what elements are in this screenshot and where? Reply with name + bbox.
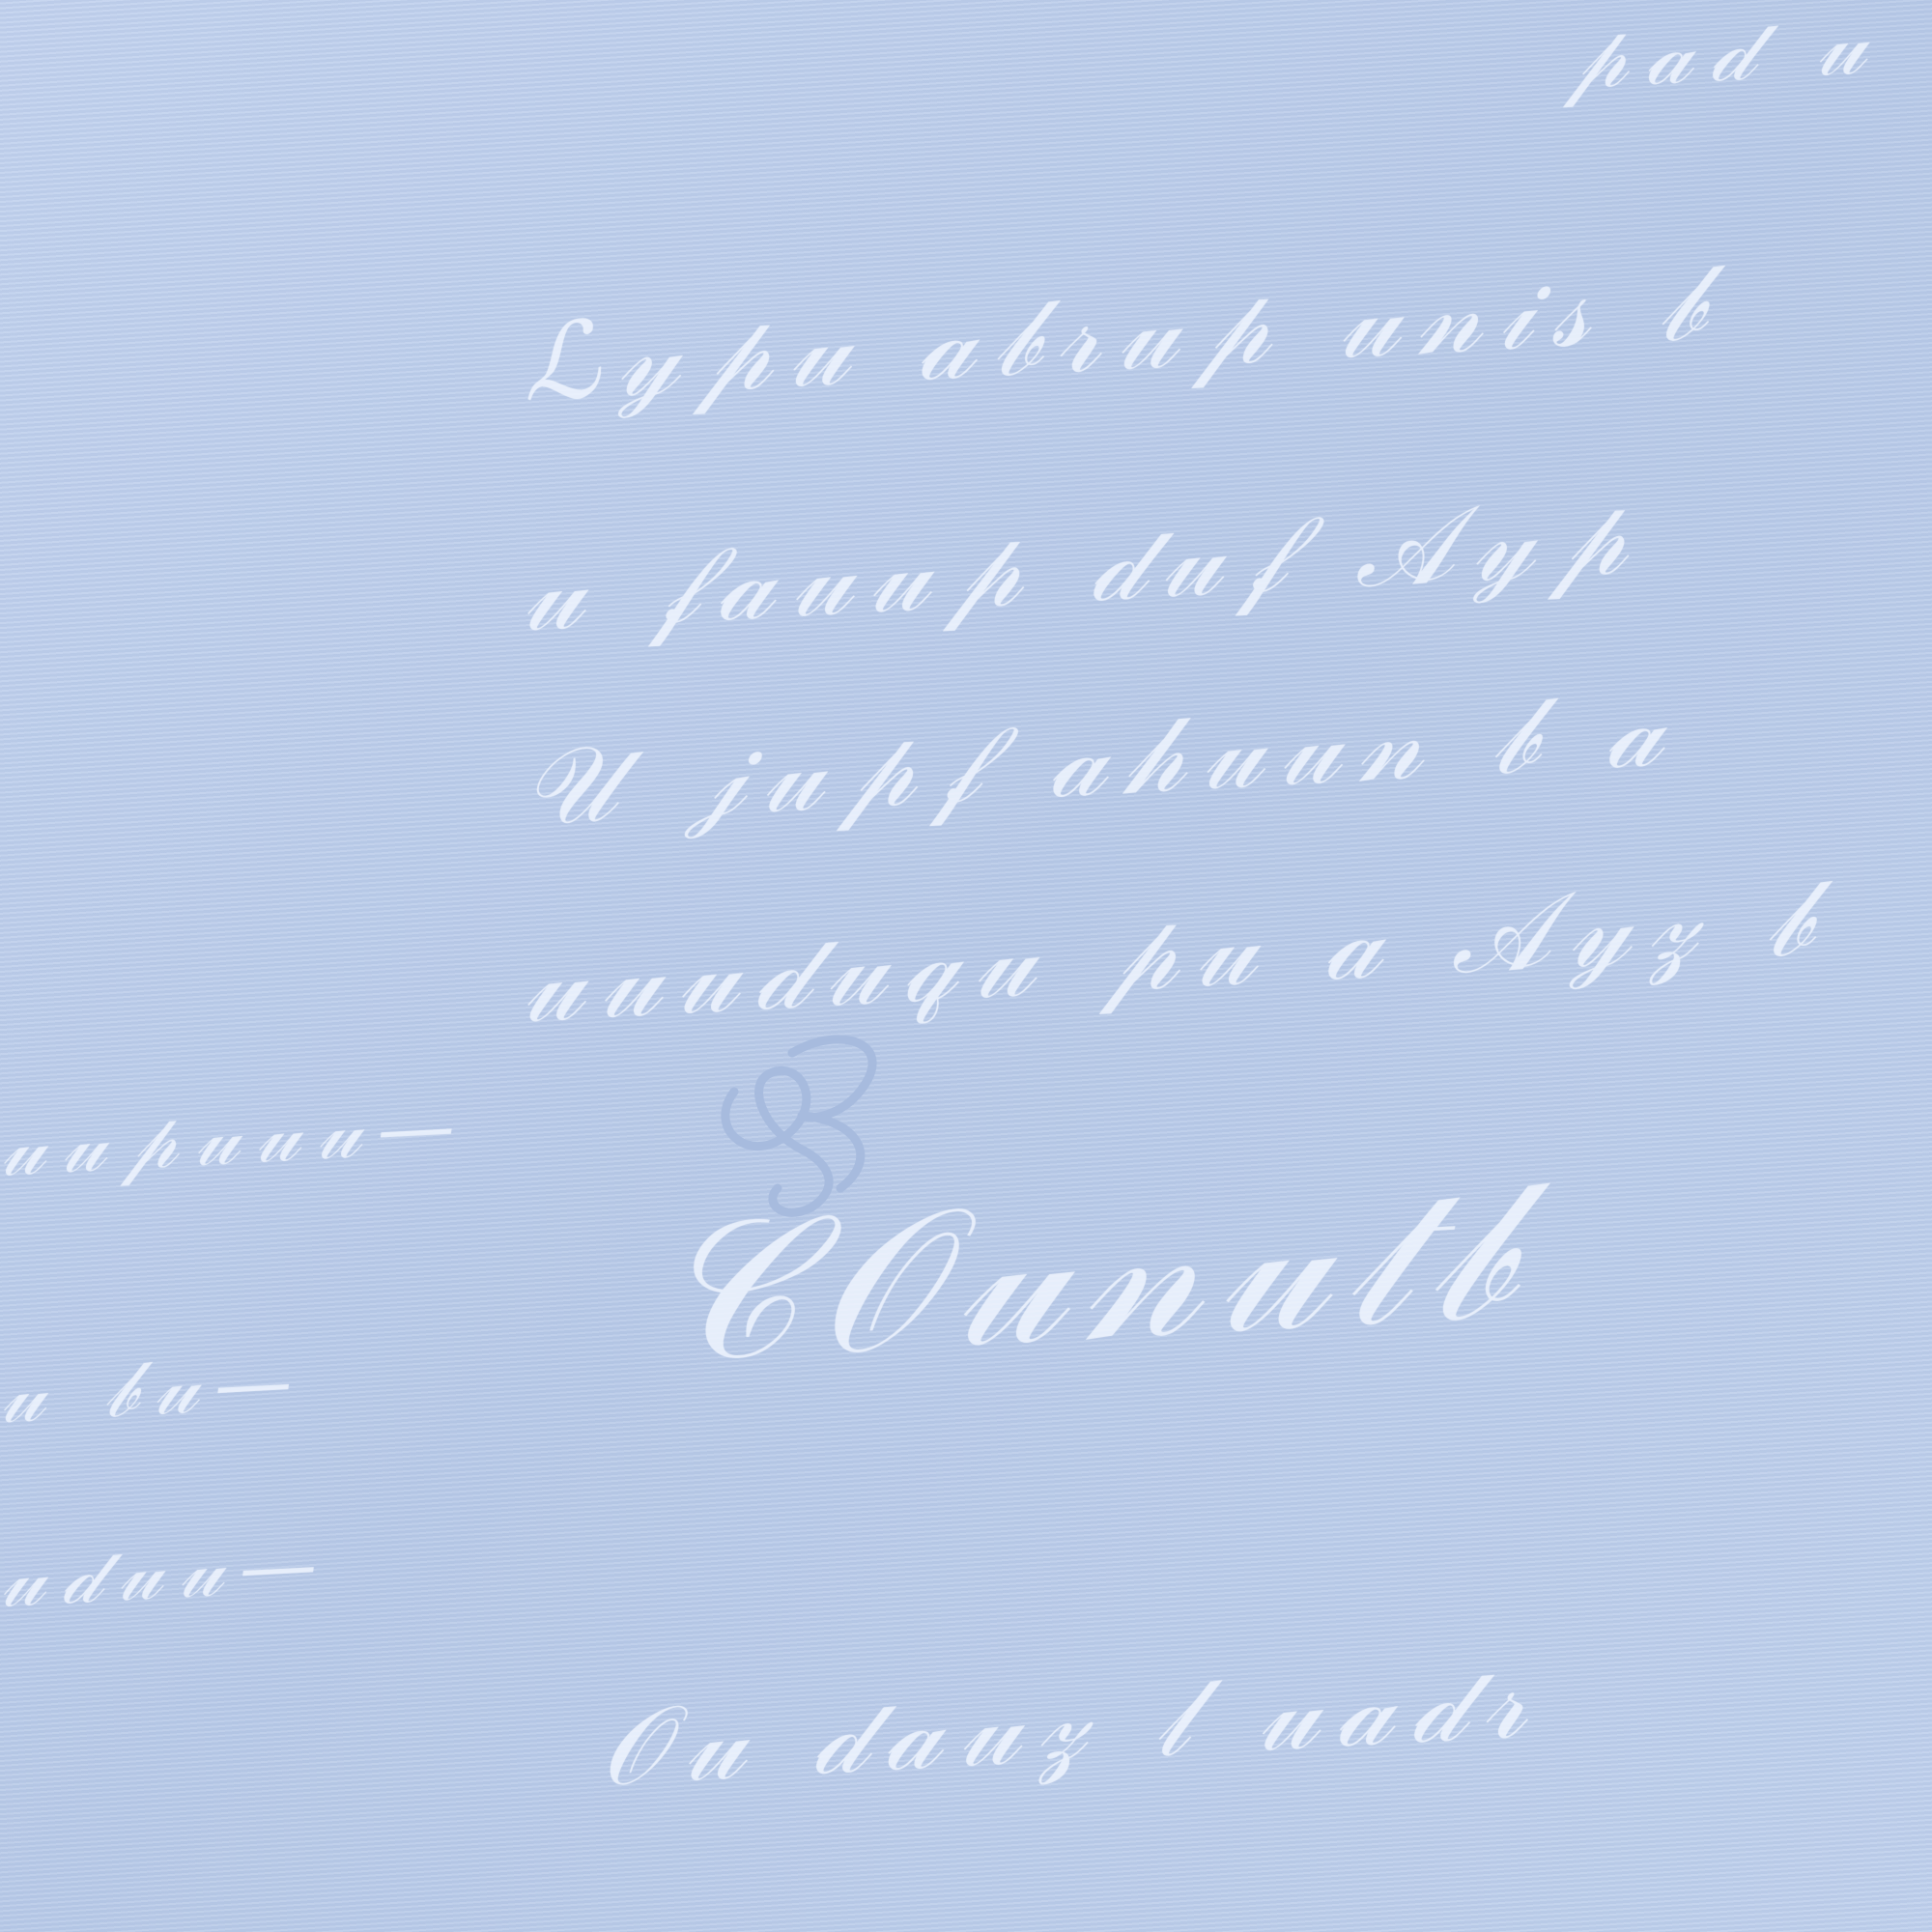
embroidered-monogram-icon	[696, 1024, 918, 1227]
woven-script-line: 𝓊𝒹𝓊𝓊—	[0, 1518, 336, 1626]
woven-script-line: 𝓅𝒶𝒹 𝓊	[1562, 0, 1885, 111]
woven-script-line: 𝓊 𝒷𝓊—	[0, 1335, 311, 1442]
